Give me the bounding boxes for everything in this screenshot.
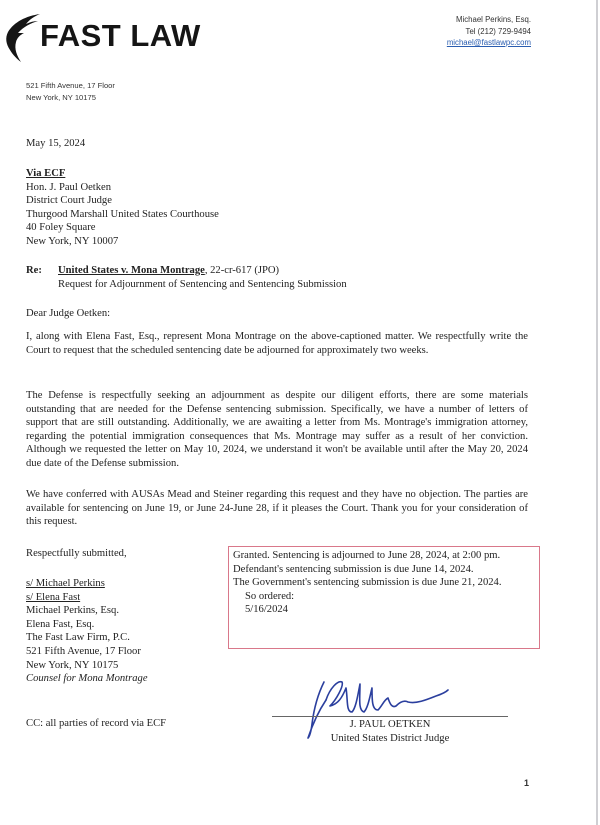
- re-label: Re:: [26, 264, 42, 278]
- page-number: 1: [524, 778, 529, 788]
- order-line: The Government's sentencing submission i…: [233, 576, 535, 590]
- signer-line: 521 Fifth Avenue, 17 Floor: [26, 645, 148, 659]
- contact-block: Michael Perkins, Esq. Tel (212) 729-9494…: [447, 14, 531, 49]
- order-line: Defendant's sentencing submission is due…: [233, 563, 535, 577]
- e-signature: s/ Elena Fast: [26, 591, 148, 605]
- case-caption: United States v. Mona Montrage: [58, 265, 205, 276]
- signer-line: Elena Fast, Esq.: [26, 618, 148, 632]
- contact-name: Michael Perkins, Esq.: [447, 14, 531, 26]
- counsel-role: Counsel for Mona Montrage: [26, 672, 148, 686]
- page-edge: [596, 0, 598, 825]
- contact-tel: Tel (212) 729-9494: [447, 26, 531, 38]
- signature-line: [272, 716, 508, 717]
- addressee-line: Hon. J. Paul Oetken: [26, 181, 219, 195]
- cc-line: CC: all parties of record via ECF: [26, 717, 166, 731]
- fast-law-logo-icon: [4, 12, 42, 64]
- order-line: Granted. Sentencing is adjourned to June…: [233, 549, 535, 563]
- addressee-line: Thurgood Marshall United States Courthou…: [26, 208, 219, 222]
- signer-line: New York, NY 10175: [26, 659, 148, 673]
- judge-title: United States District Judge: [272, 732, 508, 746]
- signer-line: The Fast Law Firm, P.C.: [26, 631, 148, 645]
- body-paragraph: We have conferred with AUSAs Mead and St…: [26, 488, 528, 529]
- brand-name: FAST LAW: [40, 18, 201, 54]
- addressee-line: District Court Judge: [26, 194, 219, 208]
- judge-name: J. PAUL OETKEN: [272, 718, 508, 732]
- so-ordered: So ordered:: [233, 590, 535, 604]
- order-endorsement-box: Granted. Sentencing is adjourned to June…: [228, 546, 540, 649]
- e-signature: s/ Michael Perkins: [26, 577, 148, 591]
- firm-address: 521 Fifth Avenue, 17 Floor New York, NY …: [26, 80, 115, 104]
- addressee-line: 40 Foley Square: [26, 221, 219, 235]
- body-paragraph: The Defense is respectfully seeking an a…: [26, 389, 528, 471]
- signature-block: s/ Michael Perkins s/ Elena Fast Michael…: [26, 577, 148, 686]
- firm-address-line: 521 Fifth Avenue, 17 Floor: [26, 80, 115, 92]
- contact-email-link[interactable]: michael@fastlawpc.com: [447, 37, 531, 49]
- re-subject: Request for Adjournment of Sentencing an…: [58, 278, 347, 292]
- body-paragraph: I, along with Elena Fast, Esq., represen…: [26, 330, 528, 357]
- order-date: 5/16/2024: [233, 603, 535, 617]
- signer-line: Michael Perkins, Esq.: [26, 604, 148, 618]
- docket-number: , 22-cr-617 (JPO): [205, 265, 279, 276]
- firm-address-line: New York, NY 10175: [26, 92, 115, 104]
- re-body: United States v. Mona Montrage, 22-cr-61…: [58, 264, 347, 291]
- letter-date: May 15, 2024: [26, 137, 85, 151]
- salutation: Dear Judge Oetken:: [26, 307, 110, 321]
- addressee-line: New York, NY 10007: [26, 235, 219, 249]
- delivery-method: Via ECF: [26, 167, 219, 181]
- addressee-block: Via ECF Hon. J. Paul Oetken District Cou…: [26, 167, 219, 249]
- closing: Respectfully submitted,: [26, 547, 127, 561]
- judge-block: J. PAUL OETKEN United States District Ju…: [272, 718, 508, 745]
